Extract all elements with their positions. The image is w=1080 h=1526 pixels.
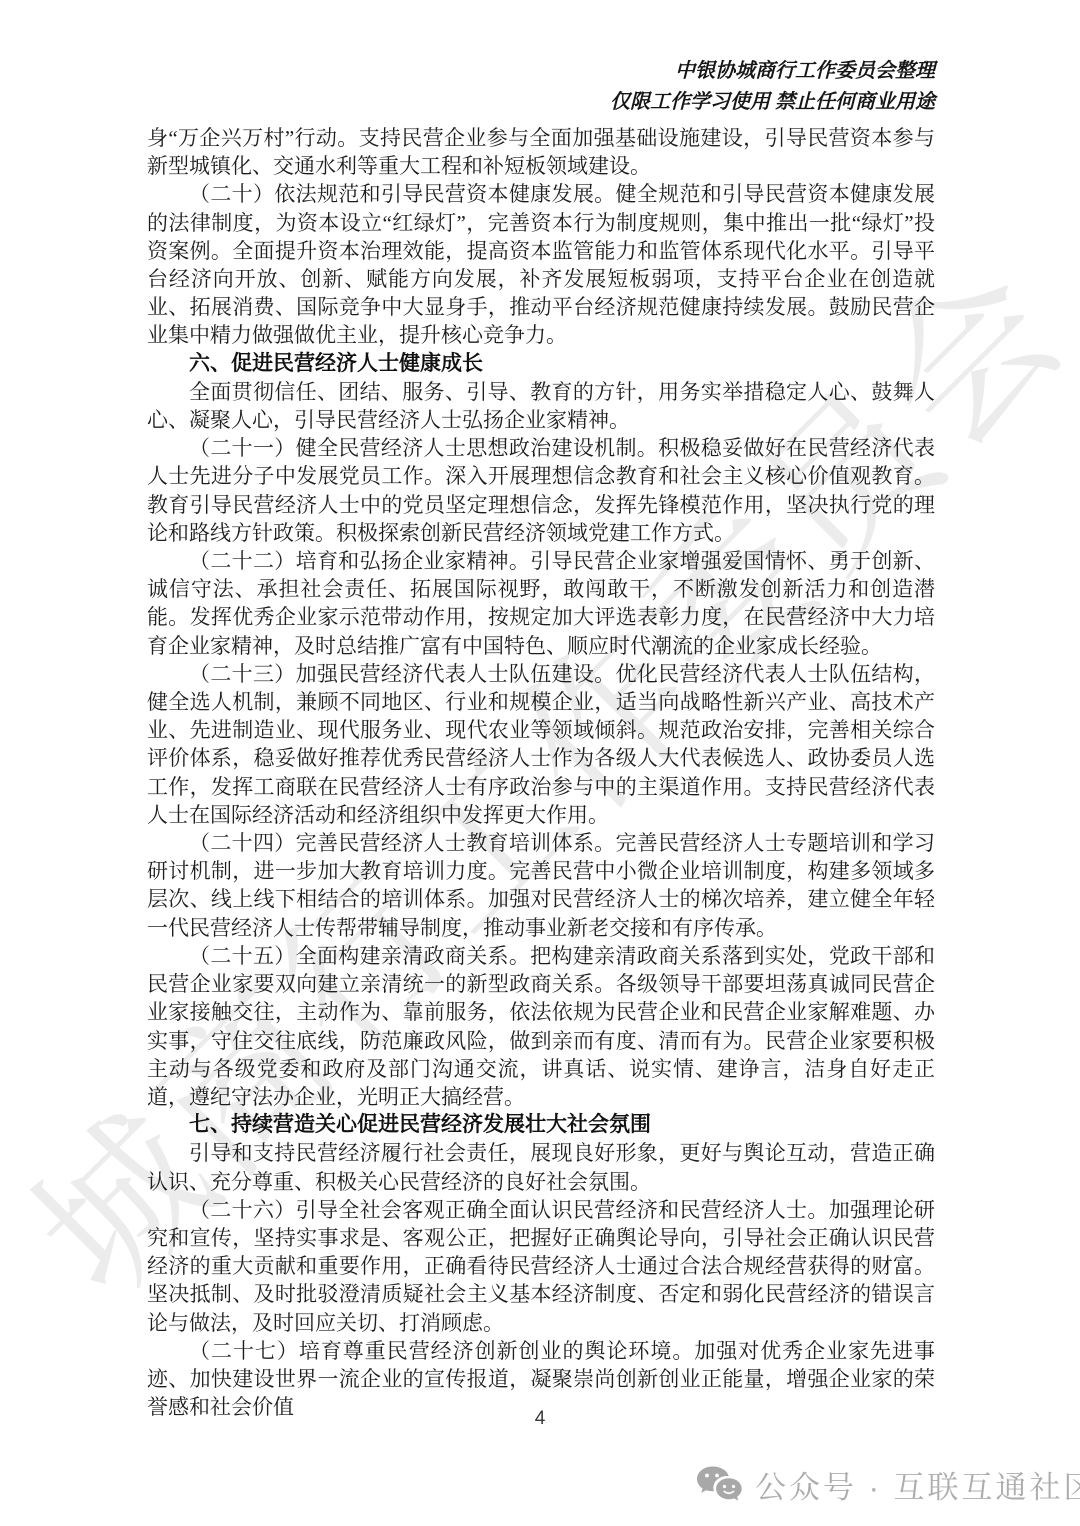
footer-banner: 公众号 · 互联互通社区 xyxy=(695,1462,1080,1507)
body-paragraph: （二十五）全面构建亲清政商关系。把构建亲清政商关系落到实处，党政干部和民营企业家… xyxy=(147,942,935,1111)
body-paragraph: （二十三）加强民营经济代表人士队伍建设。优化民营经济代表人士队伍结构，健全选人机… xyxy=(147,660,935,829)
wechat-icon xyxy=(695,1465,743,1505)
page-header-notice: 中银协城商行工作委员会整理 仅限工作学习使用 禁止任何商业用途 xyxy=(610,56,935,118)
header-line-2: 仅限工作学习使用 禁止任何商业用途 xyxy=(610,87,935,118)
body-paragraph: （二十四）完善民营经济人士教育培训体系。完善民营经济人士专题培训和学习研讨机制，… xyxy=(147,829,935,942)
body-paragraph: 身“万企兴万村”行动。支持民营企业参与全面加强基础设施建设，引导民营资本参与新型… xyxy=(147,124,935,180)
document-body: 身“万企兴万村”行动。支持民营企业参与全面加强基础设施建设，引导民营资本参与新型… xyxy=(147,124,935,1421)
footer-account-label: 公众号 · 互联互通社区 xyxy=(755,1462,1080,1507)
body-paragraph: 全面贯彻信任、团结、服务、引导、教育的方针，用务实举措稳定人心、鼓舞人心、凝聚人… xyxy=(147,378,935,434)
body-paragraph: （二十二）培育和弘扬企业家精神。引导民营企业家增强爱国情怀、勇于创新、诚信守法、… xyxy=(147,547,935,660)
header-line-1: 中银协城商行工作委员会整理 xyxy=(610,56,935,87)
page-number: 4 xyxy=(0,1408,1080,1430)
section-heading: 七、持续营造关心促进民营经济发展壮大社会氛围 xyxy=(147,1111,935,1139)
section-heading: 六、促进民营经济人士健康成长 xyxy=(147,350,935,378)
body-paragraph: 引导和支持民营经济履行社会责任，展现良好形象，更好与舆论互动，营造正确认识、充分… xyxy=(147,1139,935,1195)
body-paragraph: （二十一）健全民营经济人士思想政治建设机制。积极稳妥做好在民营经济代表人士先进分… xyxy=(147,434,935,547)
body-paragraph: （二十）依法规范和引导民营资本健康发展。健全规范和引导民营资本健康发展的法律制度… xyxy=(147,180,935,349)
document-page: 城商行工作委员会 中银协城商行工作委员会整理 仅限工作学习使用 禁止任何商业用途… xyxy=(0,0,1080,1526)
body-paragraph: （二十六）引导全社会客观正确全面认识民营经济和民营经济人士。加强理论研究和宣传，… xyxy=(147,1196,935,1337)
